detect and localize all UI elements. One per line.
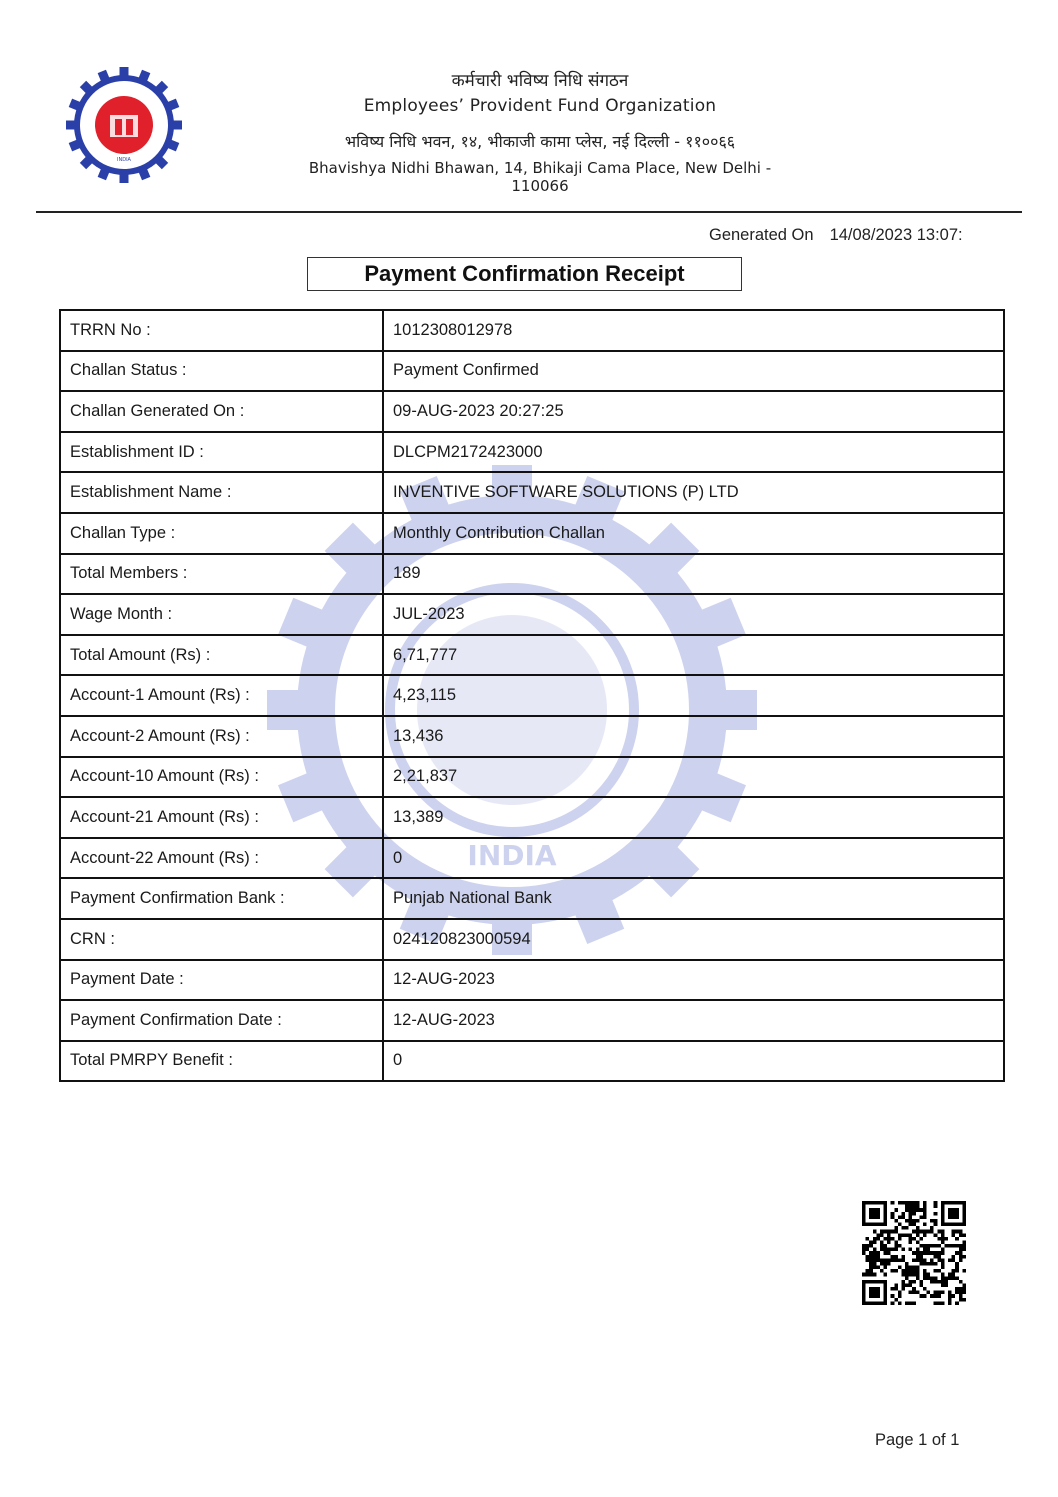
row-value: JUL-2023 [383,594,1004,635]
address-hindi: भविष्य निधि भवन, १४, भीकाजी कामा प्लेस, … [280,130,800,152]
table-row: Challan Generated On :09-AUG-2023 20:27:… [60,391,1004,432]
row-label: Total PMRPY Benefit : [60,1041,383,1082]
org-name-english: Employees’ Provident Fund Organization [280,96,800,116]
table-row: Challan Type :Monthly Contribution Chall… [60,513,1004,554]
row-value: 09-AUG-2023 20:27:25 [383,391,1004,432]
row-value: 0 [383,1041,1004,1082]
row-label: Establishment Name : [60,472,383,513]
row-value: 4,23,115 [383,675,1004,716]
row-label: Account-2 Amount (Rs) : [60,716,383,757]
svg-text:INDIA: INDIA [117,157,132,163]
row-value: 13,389 [383,797,1004,838]
row-label: Payment Confirmation Bank : [60,878,383,919]
row-value: 2,21,837 [383,757,1004,798]
table-row: Total Amount (Rs) :6,71,777 [60,635,1004,676]
table-row: Account-21 Amount (Rs) :13,389 [60,797,1004,838]
page-number: Page 1 of 1 [875,1431,959,1450]
row-label: Payment Confirmation Date : [60,1000,383,1041]
row-value: 12-AUG-2023 [383,960,1004,1001]
row-label: Challan Generated On : [60,391,383,432]
table-row: Account-22 Amount (Rs) :0 [60,838,1004,879]
page-title: Payment Confirmation Receipt [307,257,742,291]
table-row: Establishment ID :DLCPM2172423000 [60,432,1004,473]
generated-on: Generated On14/08/2023 13:07: [709,226,963,245]
table-row: CRN :024120823000594 [60,919,1004,960]
qr-code-icon [862,1201,966,1305]
row-value: 0 [383,838,1004,879]
table-row: Wage Month :JUL-2023 [60,594,1004,635]
row-value: Payment Confirmed [383,351,1004,392]
row-label: TRRN No : [60,310,383,351]
table-row: Total PMRPY Benefit :0 [60,1041,1004,1082]
table-row: Account-10 Amount (Rs) :2,21,837 [60,757,1004,798]
table-row: Total Members :189 [60,554,1004,595]
address-english: Bhavishya Nidhi Bhawan, 14, Bhikaji Cama… [280,159,800,195]
row-label: Wage Month : [60,594,383,635]
row-value: 189 [383,554,1004,595]
row-label: Account-21 Amount (Rs) : [60,797,383,838]
row-value: 1012308012978 [383,310,1004,351]
generated-on-value: 14/08/2023 13:07: [830,226,963,244]
row-value: 13,436 [383,716,1004,757]
table-row: TRRN No :1012308012978 [60,310,1004,351]
table-row: Account-2 Amount (Rs) :13,436 [60,716,1004,757]
row-label: Account-1 Amount (Rs) : [60,675,383,716]
table-row: Payment Date :12-AUG-2023 [60,960,1004,1001]
row-label: Challan Status : [60,351,383,392]
row-value: DLCPM2172423000 [383,432,1004,473]
row-label: Account-22 Amount (Rs) : [60,838,383,879]
row-value: Punjab National Bank [383,878,1004,919]
table-row: Challan Status :Payment Confirmed [60,351,1004,392]
header-divider [36,211,1022,213]
generated-on-label: Generated On [709,226,814,244]
row-value: 024120823000594 [383,919,1004,960]
row-value: INVENTIVE SOFTWARE SOLUTIONS (P) LTD [383,472,1004,513]
row-label: Challan Type : [60,513,383,554]
row-value: 12-AUG-2023 [383,1000,1004,1041]
table-row: Payment Confirmation Bank :Punjab Nation… [60,878,1004,919]
table-row: Account-1 Amount (Rs) :4,23,115 [60,675,1004,716]
row-value: 6,71,777 [383,635,1004,676]
row-label: Total Members : [60,554,383,595]
row-label: Establishment ID : [60,432,383,473]
row-label: CRN : [60,919,383,960]
epfo-logo-icon: INDIA [62,66,186,184]
table-row: Payment Confirmation Date :12-AUG-2023 [60,1000,1004,1041]
row-label: Account-10 Amount (Rs) : [60,757,383,798]
table-row: Establishment Name :INVENTIVE SOFTWARE S… [60,472,1004,513]
row-label: Payment Date : [60,960,383,1001]
org-name-hindi: कर्मचारी भविष्य निधि संगठन [280,68,800,91]
receipt-table: TRRN No :1012308012978Challan Status :Pa… [59,309,1005,1082]
row-label: Total Amount (Rs) : [60,635,383,676]
row-value: Monthly Contribution Challan [383,513,1004,554]
